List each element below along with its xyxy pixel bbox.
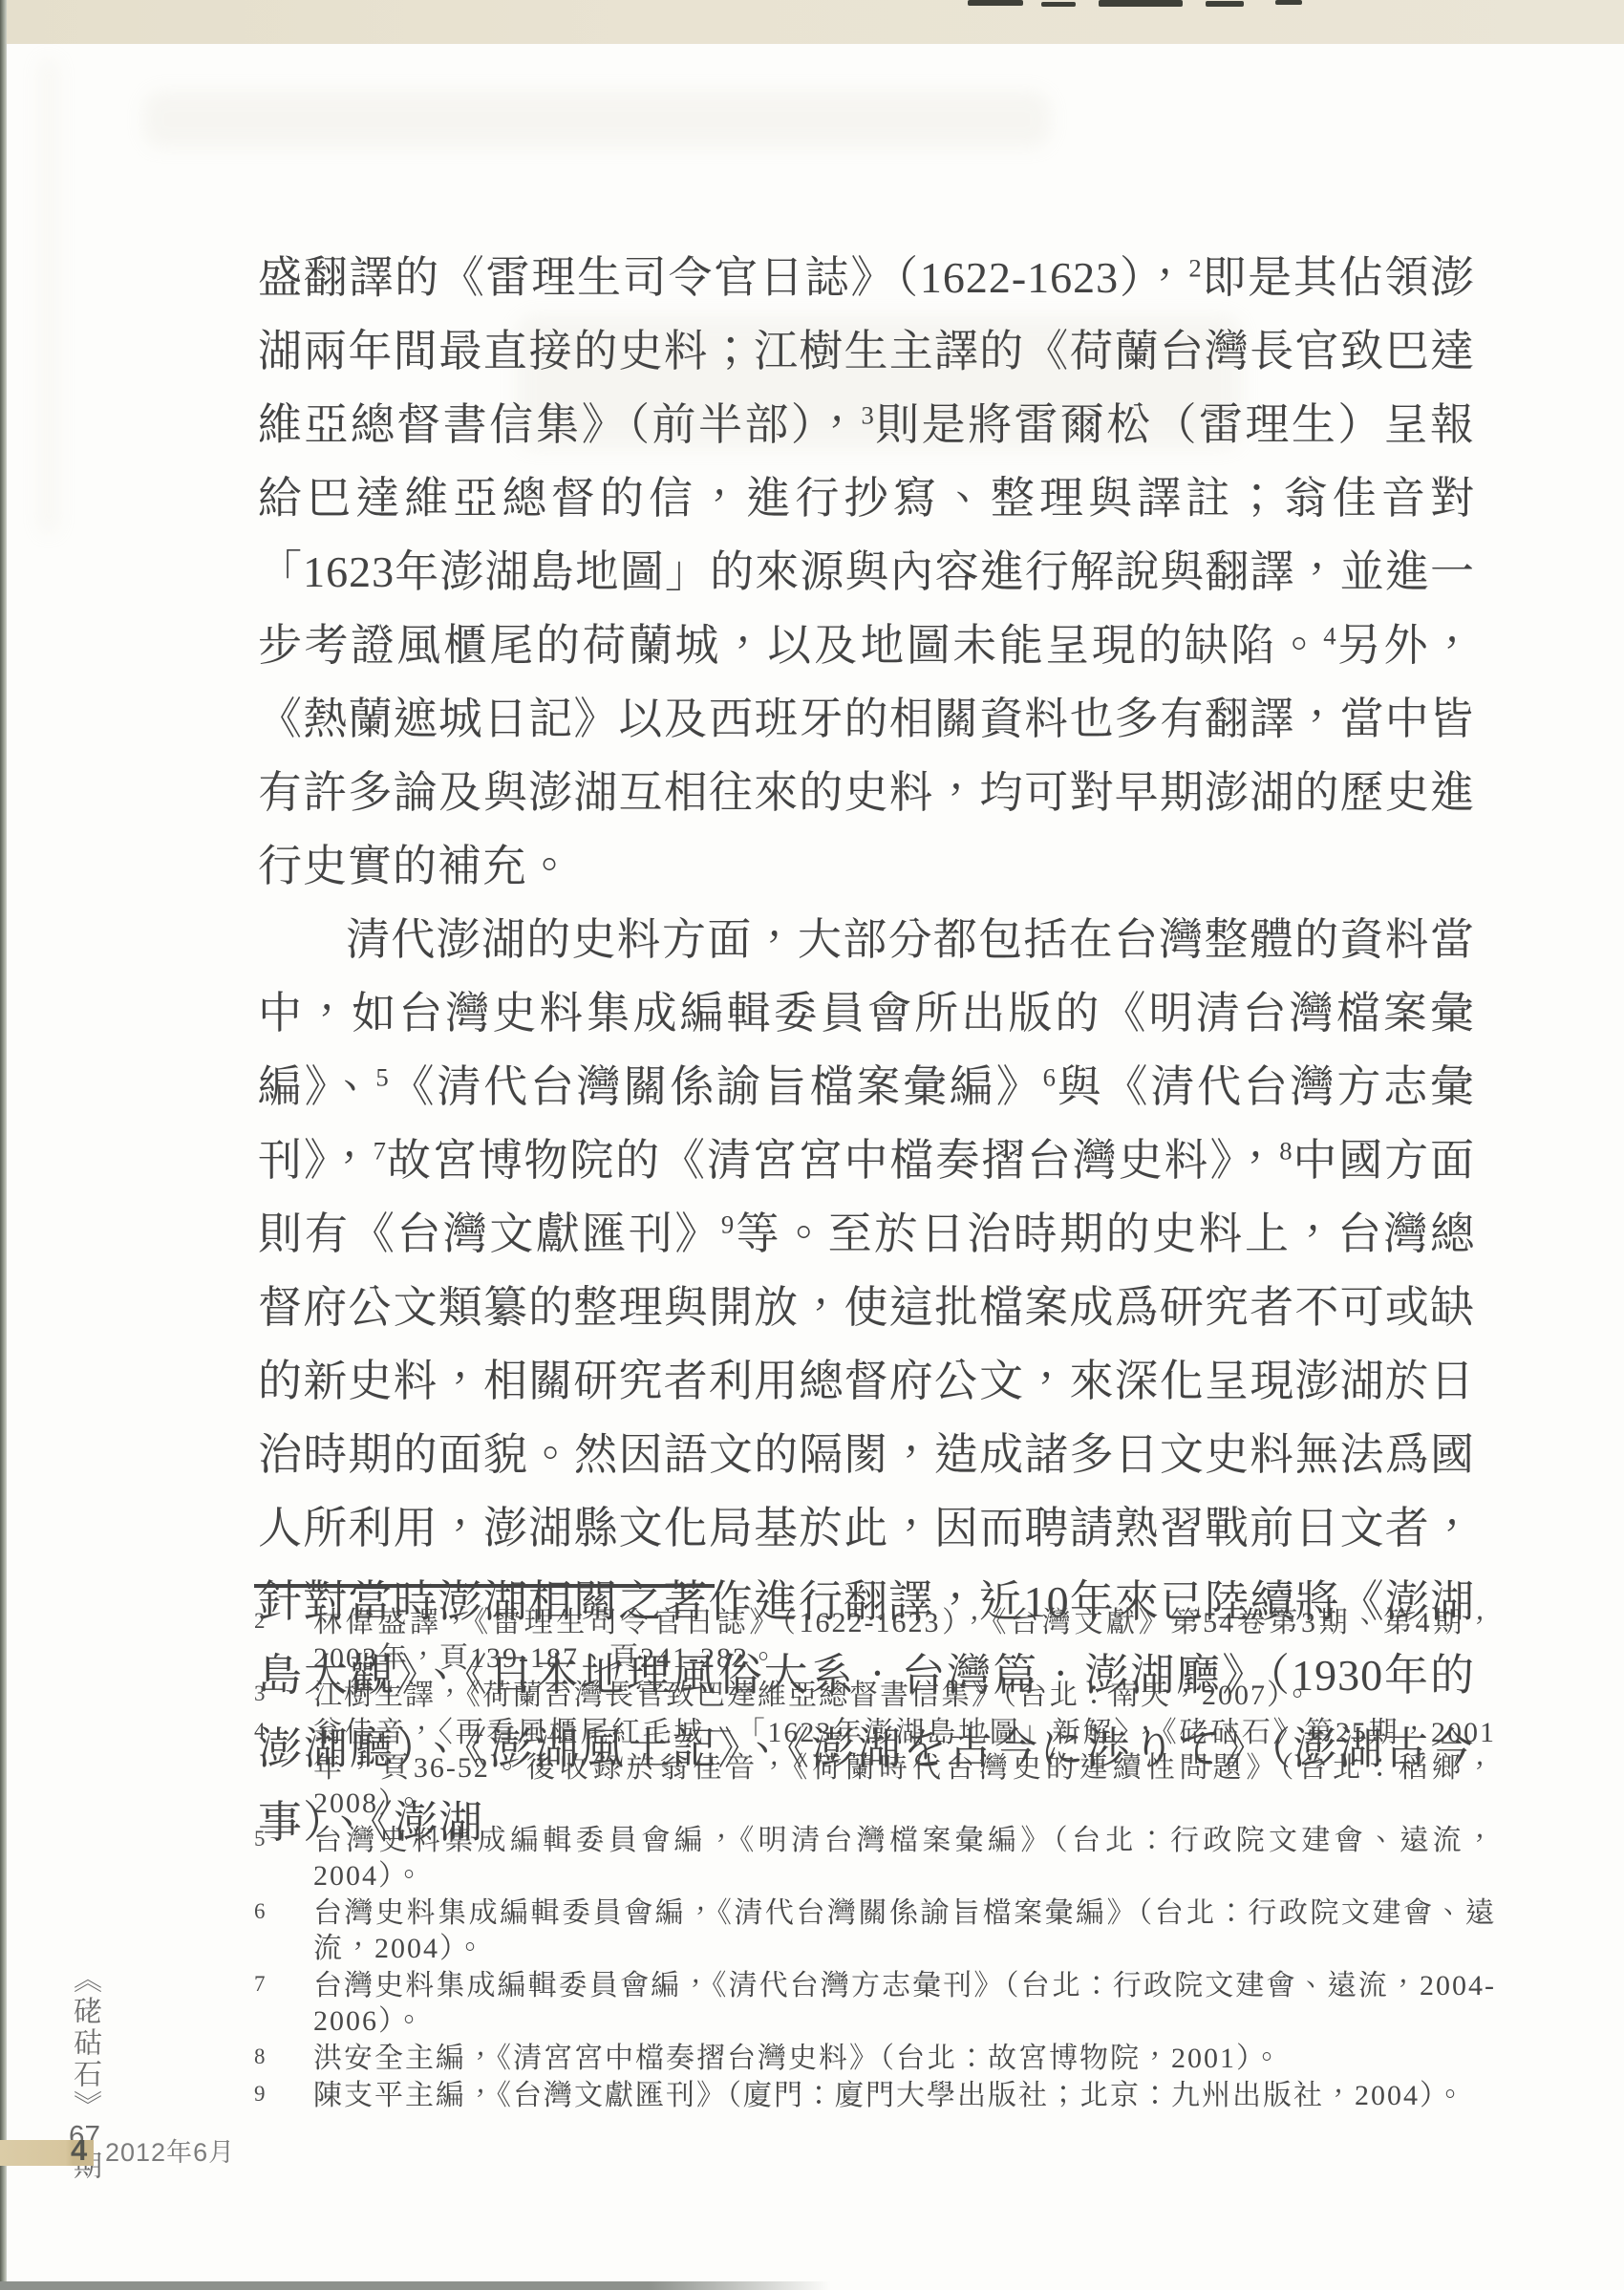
footnote-ref-6: 6: [1043, 1063, 1056, 1092]
paragraph-1: 盛翻譯的《雷理生司令官日誌》（1622-1623），2即是其佔領澎湖兩年間最直接…: [258, 241, 1475, 903]
footnote-number: 8: [254, 2041, 313, 2073]
footnote-ref-3: 3: [862, 401, 874, 430]
footnote-ref-8: 8: [1279, 1137, 1292, 1166]
footnote-text: 林偉盛譯，《雷理生司令官日誌》（1622-1623），《台灣文獻》第54卷第3期…: [313, 1605, 1496, 1676]
footnote-number: 6: [254, 1895, 313, 1928]
footnote-text: 台灣史料集成編輯委員會編，《明清台灣檔案彙編》（台北：行政院文建會、遠流，200…: [313, 1823, 1496, 1894]
text-run: 盛翻譯的《雷理生司令官日誌》（1622-1623），: [258, 253, 1188, 302]
footnote-ref-4: 4: [1323, 622, 1336, 651]
scanned-page: 盛翻譯的《雷理生司令官日誌》（1622-1623），2即是其佔領澎湖兩年間最直接…: [0, 0, 1624, 2290]
footnote-item: 6 台灣史料集成編輯委員會編，《清代台灣關係諭旨檔案彙編》（台北：行政院文建會、…: [254, 1895, 1496, 1966]
text-run: 故宮博物院的《清宮宮中檔奏摺台灣史料》，: [386, 1136, 1279, 1185]
footnote-text: 陳支平主編，《台灣文獻匯刊》（廈門：廈門大學出版社；北京：九州出版社，2004）…: [313, 2078, 1496, 2113]
journal-title-text: 《硓𥑮石》: [69, 1964, 100, 2122]
footnote-item: 8 洪安全主編，《清宮宮中檔奏摺台灣史料》（台北：故宮博物院，2001）。: [254, 2041, 1496, 2076]
footnote-text: 洪安全主編，《清宮宮中檔奏摺台灣史料》（台北：故宮博物院，2001）。: [313, 2041, 1496, 2076]
footnote-number: 5: [254, 1823, 313, 1855]
footnote-separator: [254, 1584, 715, 1588]
issue-date: 2012年6月: [105, 2138, 235, 2167]
footnote-text: 台灣史料集成編輯委員會編，《清代台灣關係諭旨檔案彙編》（台北：行政院文建會、遠流…: [313, 1895, 1496, 1966]
scan-top-edge-band: [0, 0, 1624, 44]
scan-bleedthrough-artifact: [143, 91, 1051, 148]
footnote-item: 2 林偉盛譯，《雷理生司令官日誌》（1622-1623），《台灣文獻》第54卷第…: [254, 1605, 1496, 1676]
footnote-ref-9: 9: [721, 1210, 734, 1239]
footnote-ref-7: 7: [374, 1137, 386, 1166]
text-run: 《清代台灣關係諭旨檔案彙編》: [389, 1062, 1043, 1111]
footnote-item: 5 台灣史料集成編輯委員會編，《明清台灣檔案彙編》（台北：行政院文建會、遠流，2…: [254, 1823, 1496, 1894]
footnote-number: 4: [254, 1715, 313, 1747]
footnote-number: 7: [254, 1968, 313, 2001]
footnote-text: 江樹生譯，《荷蘭台灣長官致巴達維亞總督書信集》（台北：南天，2007）。: [313, 1678, 1496, 1713]
scan-mark: [1099, 0, 1183, 7]
scan-mark: [1206, 1, 1244, 7]
scan-left-edge: [0, 0, 7, 2290]
scan-bottom-edge: [0, 2281, 831, 2290]
scan-mark: [1041, 2, 1076, 7]
footnote-ref-2: 2: [1188, 254, 1201, 283]
footnotes-section: 2 林偉盛譯，《雷理生司令官日誌》（1622-1623），《台灣文獻》第54卷第…: [254, 1605, 1496, 2115]
footnote-item: 3 江樹生譯，《荷蘭台灣長官致巴達維亞總督書信集》（台北：南天，2007）。: [254, 1678, 1496, 1713]
footnote-item: 9 陳支平主編，《台灣文獻匯刊》（廈門：廈門大學出版社；北京：九州出版社，200…: [254, 2078, 1496, 2113]
scan-mark: [1275, 0, 1302, 5]
footnote-text: 翁佳音，〈再看風櫃尾紅毛城－「1623年澎湖島地圖」新解〉，《硓𥑮石》第25期，…: [313, 1715, 1496, 1821]
page-number: 4: [71, 2134, 87, 2167]
journal-title-vertical: 《硓𥑮石》67期: [63, 1964, 105, 2141]
footnote-number: 3: [254, 1678, 313, 1710]
footnote-number: 2: [254, 1605, 313, 1637]
footnote-ref-5: 5: [375, 1063, 388, 1092]
footnote-item: 7 台灣史料集成編輯委員會編，《清代台灣方志彙刊》（台北：行政院文建會、遠流，2…: [254, 1968, 1496, 2039]
footnote-number: 9: [254, 2078, 313, 2110]
footnote-text: 台灣史料集成編輯委員會編，《清代台灣方志彙刊》（台北：行政院文建會、遠流，200…: [313, 1968, 1496, 2039]
scan-streak-artifact: [38, 57, 59, 535]
footnote-item: 4 翁佳音，〈再看風櫃尾紅毛城－「1623年澎湖島地圖」新解〉，《硓𥑮石》第25…: [254, 1715, 1496, 1821]
scan-mark: [968, 0, 1023, 6]
